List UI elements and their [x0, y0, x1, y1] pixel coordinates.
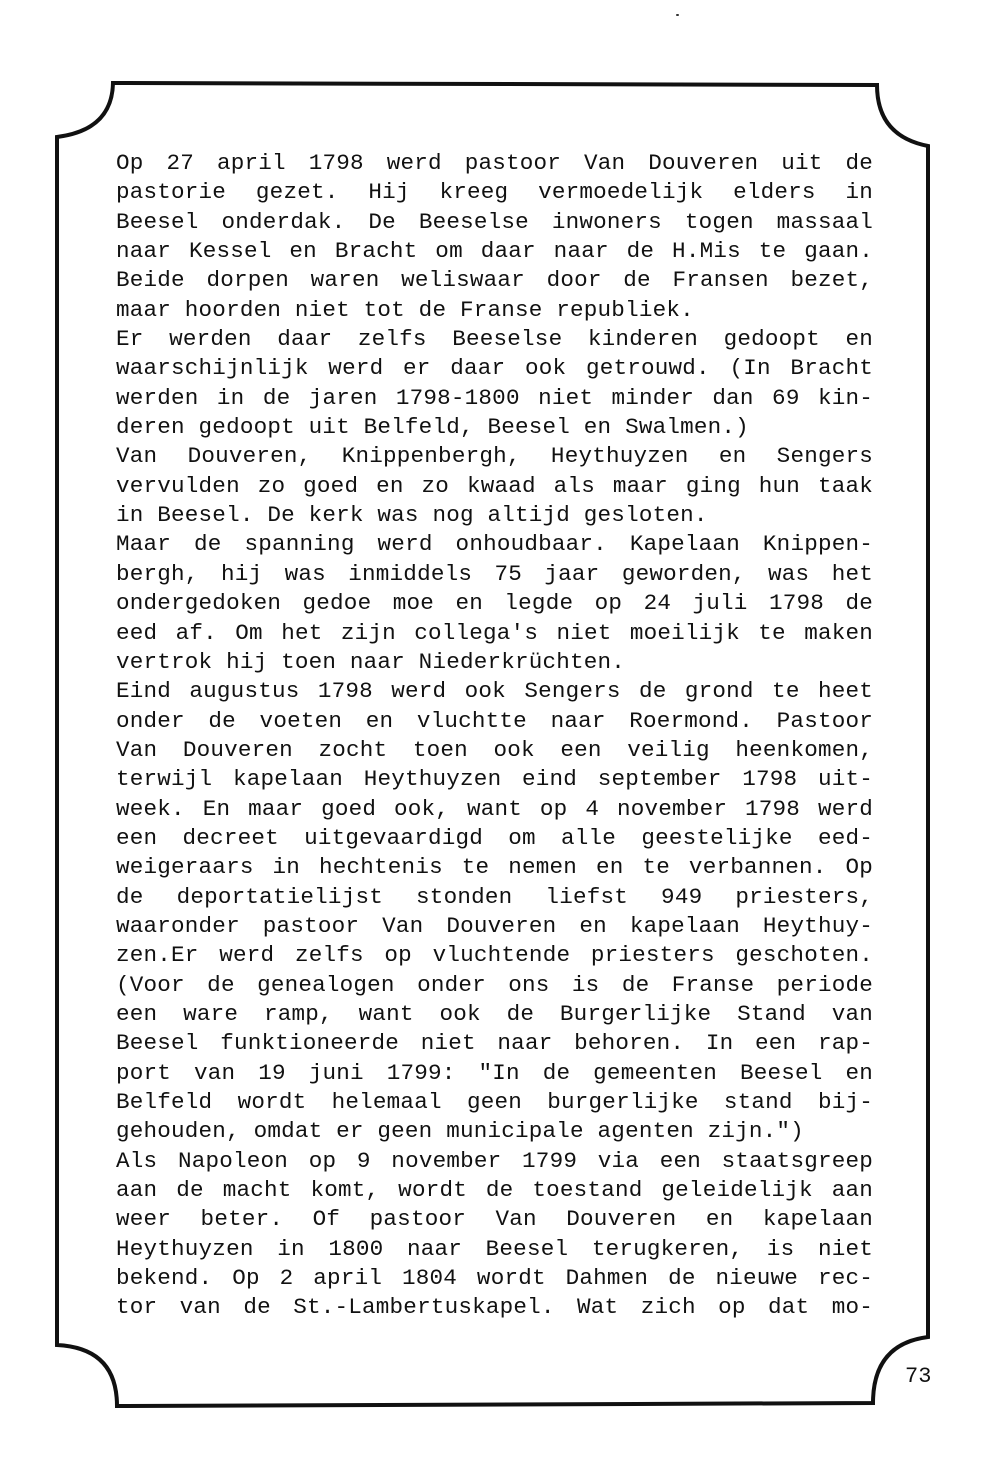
text-line: Eind augustus 1798 werd ook Sengers de g…	[116, 677, 873, 706]
text-line: vervulden zo goed en zo kwaad als maar g…	[116, 472, 873, 501]
text-line: weer beter. Of pastoor Van Douveren en k…	[116, 1205, 873, 1234]
text-line: bergh, hij was inmiddels 75 jaar geworde…	[116, 560, 873, 589]
text-line: week. En maar goed ook, want op 4 novemb…	[116, 795, 873, 824]
text-line: Van Douveren zocht toen ook een veilig h…	[116, 736, 873, 765]
text-line: pastorie gezet. Hij kreeg vermoedelijk e…	[116, 178, 873, 207]
text-line: aan de macht komt, wordt de toestand gel…	[116, 1176, 873, 1205]
text-line: bekend. Op 2 april 1804 wordt Dahmen de …	[116, 1264, 873, 1293]
text-line: tor van de St.-Lambertuskapel. Wat zich …	[116, 1293, 873, 1322]
text-line: zen.Er werd zelfs op vluchtende priester…	[116, 941, 873, 970]
text-line: maar hoorden niet tot de Franse republie…	[116, 296, 873, 325]
text-line: ondergedoken gedoe moe en legde op 24 ju…	[116, 589, 873, 618]
text-line: waaronder pastoor Van Douveren en kapela…	[116, 912, 873, 941]
text-line: Op 27 april 1798 werd pastoor Van Douver…	[116, 149, 873, 178]
text-line: Van Douveren, Knippenbergh, Heythuyzen e…	[116, 442, 873, 471]
text-line: de deportatielijst stonden liefst 949 pr…	[116, 883, 873, 912]
text-line: Als Napoleon op 9 november 1799 via een …	[116, 1147, 873, 1176]
text-line: Maar de spanning werd onhoudbaar. Kapela…	[116, 530, 873, 559]
text-line: waarschijnlijk werd er daar ook getrouwd…	[116, 354, 873, 383]
text-line: eed af. Om het zijn collega's niet moeil…	[116, 619, 873, 648]
text-line: een ware ramp, want ook de Burgerlijke S…	[116, 1000, 873, 1029]
text-line: port van 19 juni 1799: "In de gemeenten …	[116, 1059, 873, 1088]
text-line: in Beesel. De kerk was nog altijd geslot…	[116, 501, 873, 530]
text-line: Beesel onderdak. De Beeselse inwoners to…	[116, 208, 873, 237]
text-line: Beesel funktioneerde niet naar behoren. …	[116, 1029, 873, 1058]
scan-speck	[676, 14, 679, 16]
text-line: deren gedoopt uit Belfeld, Beesel en Swa…	[116, 413, 873, 442]
text-line: terwijl kapelaan Heythuyzen eind septemb…	[116, 765, 873, 794]
text-line: (Voor de genealogen onder ons is de Fran…	[116, 971, 873, 1000]
text-line: Heythuyzen in 1800 naar Beesel terugkere…	[116, 1235, 873, 1264]
page-number: 73	[905, 1364, 931, 1389]
text-line: weigeraars in hechtenis te nemen en te v…	[116, 853, 873, 882]
text-line: vertrok hij toen naar Niederkrüchten.	[116, 648, 873, 677]
text-line: naar Kessel en Bracht om daar naar de H.…	[116, 237, 873, 266]
text-line: Belfeld wordt helemaal geen burgerlijke …	[116, 1088, 873, 1117]
text-line: Beide dorpen waren weliswaar door de Fra…	[116, 266, 873, 295]
text-line: een decreet uitgevaardigd om alle geeste…	[116, 824, 873, 853]
text-line: onder de voeten en vluchtte naar Roermon…	[116, 707, 873, 736]
text-line: Er werden daar zelfs Beeselse kinderen g…	[116, 325, 873, 354]
body-text: Op 27 april 1798 werd pastoor Van Douver…	[116, 149, 873, 1323]
text-line: gehouden, omdat er geen municipale agent…	[116, 1117, 873, 1146]
text-line: werden in de jaren 1798-1800 niet minder…	[116, 384, 873, 413]
